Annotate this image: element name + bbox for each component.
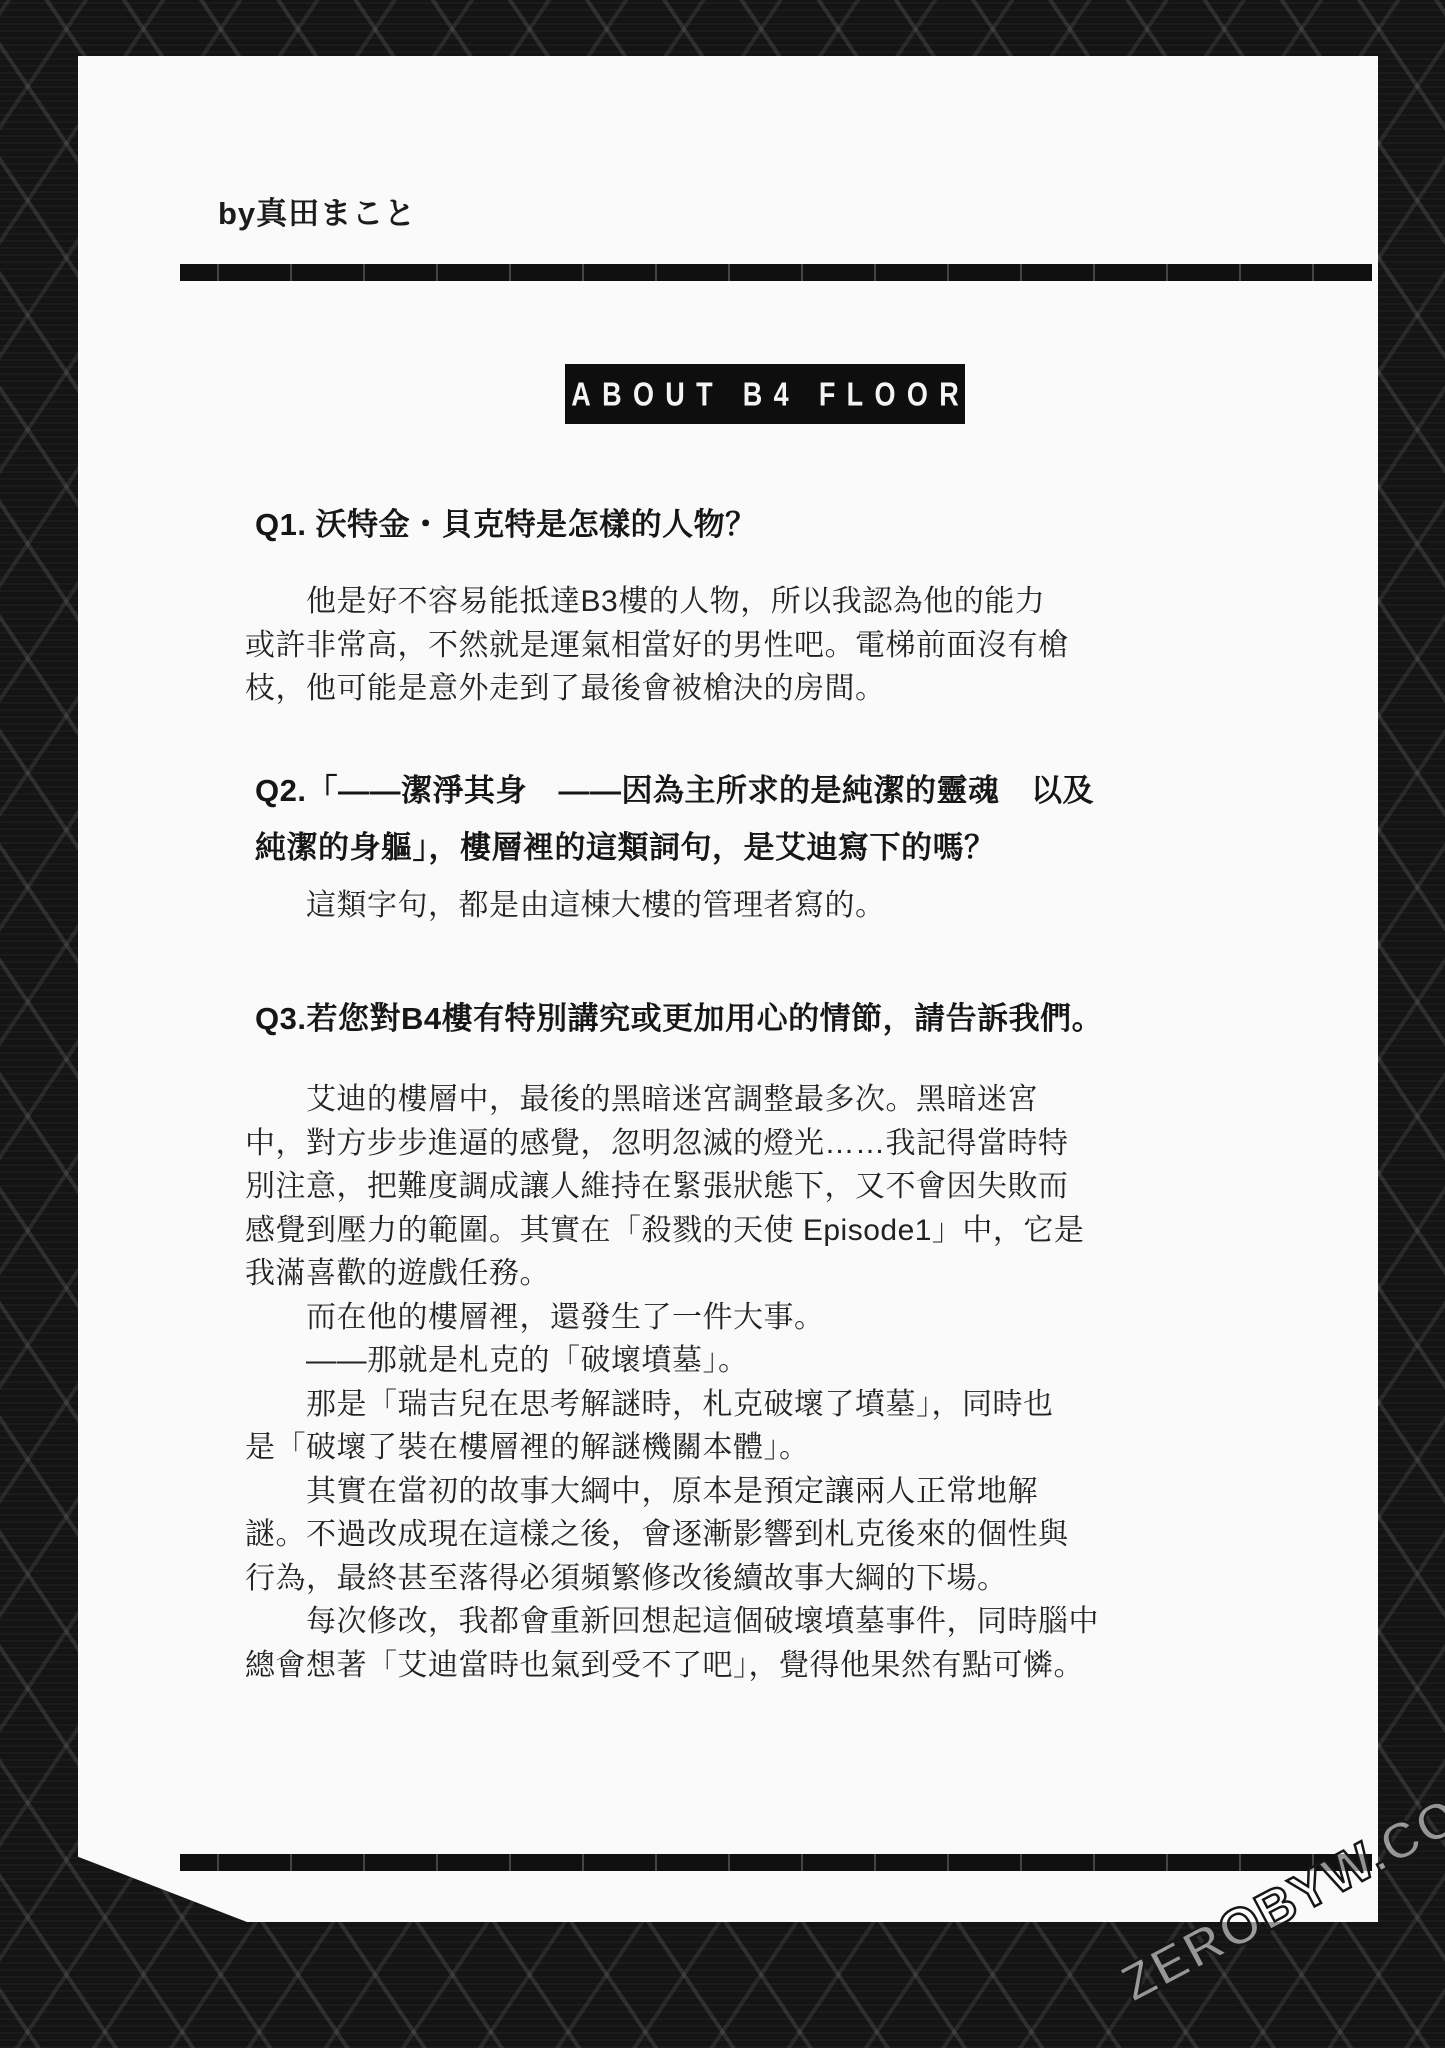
scanned-page: by真田まこと ABOUT B4 FLOOR Q1. 沃特金・貝克特是怎樣的人物…	[78, 56, 1378, 1922]
answer-2-paragraph: 這類字句，都是由這棟大樓的管理者寫的。	[245, 884, 1265, 928]
answer-3-paragraph: 艾迪的樓層中，最後的黑暗迷宮調整最多次。黑暗迷宮 中，對方步步進逼的感覺，忽明忽…	[245, 1078, 1265, 1687]
top-divider-rule	[180, 264, 1372, 281]
section-title-banner: ABOUT B4 FLOOR	[565, 364, 965, 424]
bottom-divider-rule	[180, 1854, 1372, 1871]
question-1-heading: Q1. 沃特金・貝克特是怎樣的人物？	[255, 496, 1285, 553]
question-2-heading: Q2.「——潔淨其身 ——因為主所求的是純潔的靈魂 以及 純潔的身軀」，樓層裡的…	[255, 762, 1285, 876]
author-credit: by真田まこと	[218, 188, 416, 233]
question-3-heading: Q3.若您對B4樓有特別講究或更加用心的情節，請告訴我們。	[255, 990, 1285, 1047]
answer-1-paragraph: 他是好不容易能抵達B3樓的人物，所以我認為他的能力 或許非常高，不然就是運氣相當…	[245, 580, 1265, 711]
